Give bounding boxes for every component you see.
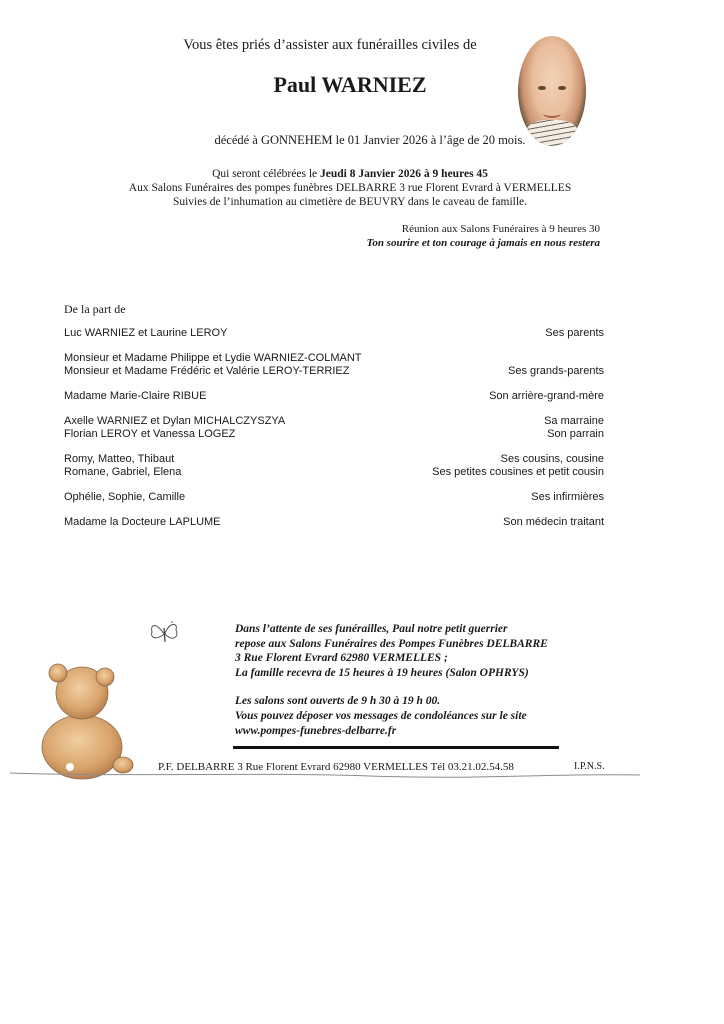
wake-paragraph-2: Les salons sont ouverts de 9 h 30 à 19 h…	[235, 694, 548, 738]
divider-rule	[233, 746, 559, 749]
reunion-block: Réunion aux Salons Funéraires à 9 heures…	[367, 222, 600, 250]
portrait-photo	[518, 36, 586, 146]
family-names: Luc WARNIEZ et Laurine LEROY	[64, 327, 227, 340]
smile	[543, 109, 561, 118]
funeral-home-footer: P.F. DELBARRE 3 Rue Florent Evrard 62980…	[158, 761, 514, 773]
family-relation: Ses infirmières	[531, 491, 604, 504]
ceremony-date: Jeudi 8 Janvier 2026 à 9 heures 45	[320, 168, 488, 180]
ceremony-details: Qui seront célébrées le Jeudi 8 Janvier …	[0, 167, 700, 209]
family-names: Romy, Matteo, ThibautRomane, Gabriel, El…	[64, 453, 181, 479]
family-names: Ophélie, Sophie, Camille	[64, 491, 185, 504]
family-names: Axelle WARNIEZ et Dylan MICHALCZYSZYAFlo…	[64, 415, 285, 441]
butterfly-icon	[146, 618, 182, 648]
ceremony-date-prefix: Qui seront célébrées le	[212, 168, 320, 180]
printer-mark: I.P.N.S.	[574, 761, 605, 772]
family-heading: De la part de	[64, 302, 126, 317]
family-relation: Sa marraineSon parrain	[544, 415, 604, 441]
family-relation: Ses grands-parents	[508, 352, 604, 378]
family-relation: Ses cousins, cousineSes petites cousines…	[432, 453, 604, 479]
motto: Ton sourire et ton courage à jamais en n…	[367, 236, 600, 250]
ceremony-location: Aux Salons Funéraires des pompes funèbre…	[0, 181, 700, 195]
family-names: Madame Marie-Claire RIBUE	[64, 390, 206, 403]
deceased-name: Paul WARNIEZ	[0, 72, 700, 98]
teddy-bear-icon	[30, 655, 140, 780]
reunion-line: Réunion aux Salons Funéraires à 9 heures…	[367, 222, 600, 236]
eye-left	[538, 86, 546, 90]
family-names: Madame la Docteure LAPLUME	[64, 516, 221, 529]
family-names: Monsieur et Madame Philippe et Lydie WAR…	[64, 352, 362, 378]
eye-right	[558, 86, 566, 90]
burial-line: Suivies de l’inhumation au cimetière de …	[0, 195, 700, 209]
family-relation: Son arrière-grand-mère	[489, 390, 604, 403]
death-notice-line: décédé à GONNEHEM le 01 Janvier 2026 à l…	[0, 133, 700, 148]
wake-notice: Dans l’attente de ses funérailles, Paul …	[235, 622, 548, 752]
wake-paragraph-1: Dans l’attente de ses funérailles, Paul …	[235, 622, 548, 680]
family-relation: Son médecin traitant	[503, 516, 604, 529]
family-relation: Ses parents	[545, 327, 604, 340]
ceremony-date-line: Qui seront célébrées le Jeudi 8 Janvier …	[0, 167, 700, 181]
